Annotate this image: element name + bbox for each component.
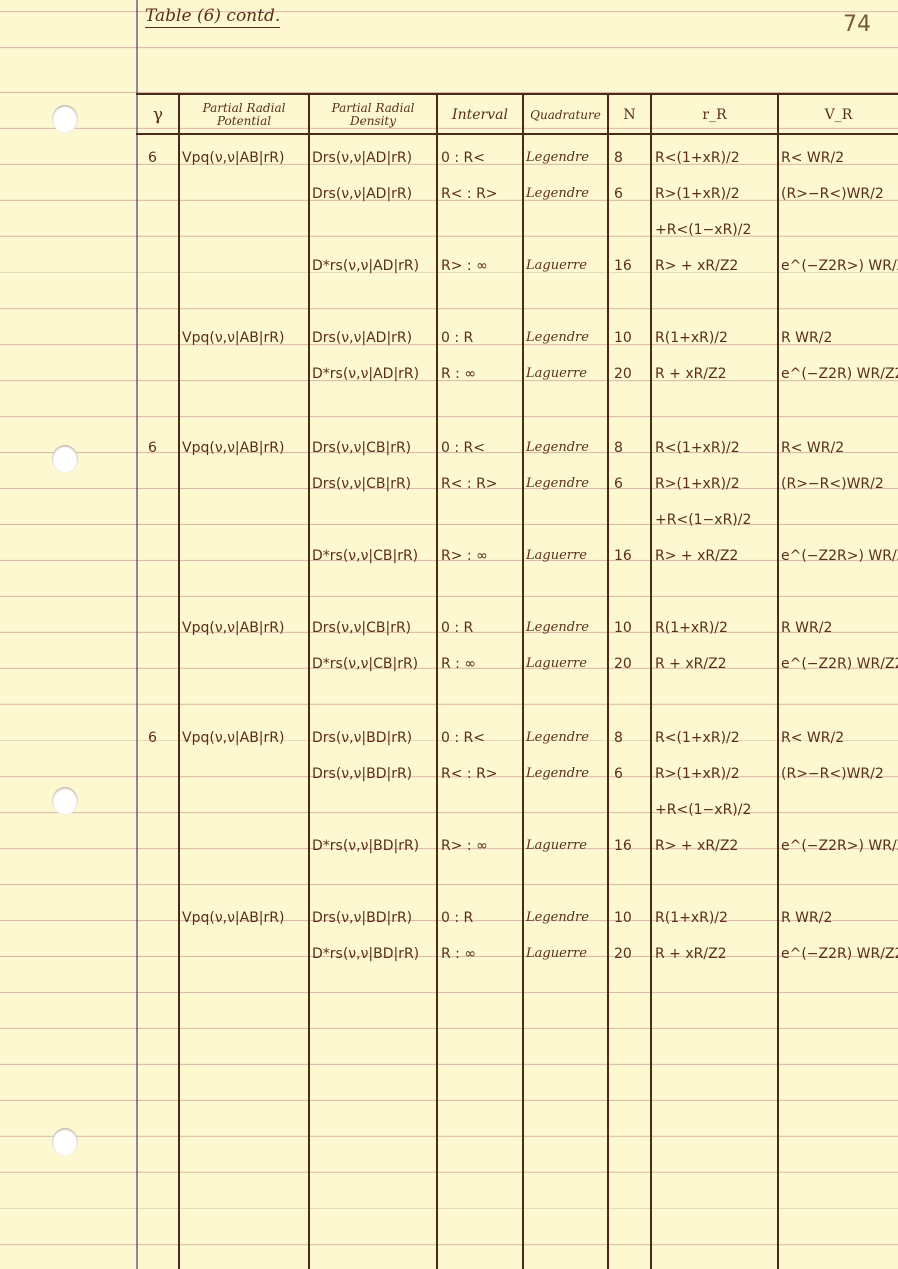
partial-radial-density: Drs(ν,ν|BD|rR) — [312, 766, 412, 782]
interval: R> : ∞ — [441, 548, 488, 564]
v-r-expression: (R>−R<)WR/2 — [781, 476, 884, 492]
r-r-expression: R>(1+xR)/2 — [655, 476, 740, 492]
quadrature: Legendre — [526, 330, 589, 345]
v-r-expression: R< WR/2 — [781, 440, 844, 456]
punch-hole — [52, 105, 78, 133]
v-r-expression: e^(−Z2R) WR/Z2 — [781, 366, 898, 382]
n-points: 20 — [614, 366, 632, 382]
quadrature: Laguerre — [526, 656, 587, 671]
header-partial-radial-density: Partial Radial Density — [310, 96, 436, 134]
r-r-expression: R> + xR/Z2 — [655, 258, 738, 274]
quadrature: Legendre — [526, 766, 589, 781]
r-r-expression: R(1+xR)/2 — [655, 910, 728, 926]
header-partial-radial-potential: Partial Radial Potential — [180, 96, 308, 134]
quadrature: Legendre — [526, 186, 589, 201]
interval: R< : R> — [441, 186, 498, 202]
r-r-expression-continued: +R<(1−xR)/2 — [655, 802, 751, 818]
quadrature: Laguerre — [526, 838, 587, 853]
quadrature: Legendre — [526, 910, 589, 925]
header-quadrature: Quadrature — [524, 96, 607, 134]
quadrature: Laguerre — [526, 946, 587, 961]
partial-radial-density: Drs(ν,ν|BD|rR) — [312, 730, 412, 746]
r-r-expression: R(1+xR)/2 — [655, 620, 728, 636]
r-r-expression-continued: +R<(1−xR)/2 — [655, 222, 751, 238]
interval: 0 : R — [441, 330, 473, 346]
partial-radial-potential: Vpq(ν,ν|AB|rR) — [182, 730, 284, 746]
partial-radial-density: D*rs(ν,ν|CB|rR) — [312, 548, 418, 564]
header-gamma: γ — [138, 96, 178, 134]
r-r-expression: R>(1+xR)/2 — [655, 766, 740, 782]
interval: R> : ∞ — [441, 258, 488, 274]
page-title: Table (6) contd. — [145, 6, 280, 28]
n-points: 10 — [614, 910, 632, 926]
interval: R : ∞ — [441, 366, 476, 382]
quadrature: Legendre — [526, 620, 589, 635]
punch-hole — [52, 1128, 78, 1156]
n-points: 8 — [614, 730, 623, 746]
partial-radial-density: D*rs(ν,ν|CB|rR) — [312, 656, 418, 672]
table-top-border — [136, 93, 898, 95]
header-v-r: V_R — [779, 96, 898, 134]
r-r-expression: R<(1+xR)/2 — [655, 440, 740, 456]
quadrature: Laguerre — [526, 548, 587, 563]
interval: 0 : R< — [441, 150, 485, 166]
v-r-expression: e^(−Z2R) WR/Z2 — [781, 656, 898, 672]
r-r-expression-continued: +R<(1−xR)/2 — [655, 512, 751, 528]
gamma-value: 6 — [148, 440, 157, 456]
n-points: 6 — [614, 476, 623, 492]
column-divider — [650, 93, 652, 1269]
interval: R< : R> — [441, 766, 498, 782]
partial-radial-potential: Vpq(ν,ν|AB|rR) — [182, 910, 284, 926]
v-r-expression: e^(−Z2R) WR/Z2 — [781, 946, 898, 962]
n-points: 6 — [614, 186, 623, 202]
n-points: 6 — [614, 766, 623, 782]
quadrature: Laguerre — [526, 258, 587, 273]
partial-radial-density: Drs(ν,ν|CB|rR) — [312, 440, 411, 456]
v-r-expression: (R>−R<)WR/2 — [781, 186, 884, 202]
partial-radial-density: D*rs(ν,ν|BD|rR) — [312, 838, 419, 854]
header-interval: Interval — [438, 96, 522, 134]
partial-radial-density: Drs(ν,ν|BD|rR) — [312, 910, 412, 926]
n-points: 10 — [614, 330, 632, 346]
quadrature: Legendre — [526, 476, 589, 491]
n-points: 8 — [614, 440, 623, 456]
partial-radial-density: Drs(ν,ν|AD|rR) — [312, 330, 412, 346]
partial-radial-density: Drs(ν,ν|CB|rR) — [312, 476, 411, 492]
interval: 0 : R — [441, 910, 473, 926]
partial-radial-potential: Vpq(ν,ν|AB|rR) — [182, 620, 284, 636]
header-n: N — [609, 96, 650, 134]
interval: 0 : R< — [441, 440, 485, 456]
interval: 0 : R — [441, 620, 473, 636]
n-points: 8 — [614, 150, 623, 166]
gamma-value: 6 — [148, 730, 157, 746]
page-number: 74 — [843, 12, 871, 37]
n-points: 20 — [614, 946, 632, 962]
interval: R< : R> — [441, 476, 498, 492]
n-points: 16 — [614, 838, 632, 854]
punch-hole — [52, 787, 78, 815]
interval: R : ∞ — [441, 656, 476, 672]
interval: 0 : R< — [441, 730, 485, 746]
n-points: 16 — [614, 258, 632, 274]
quadrature: Legendre — [526, 150, 589, 165]
partial-radial-density: D*rs(ν,ν|AD|rR) — [312, 258, 419, 274]
v-r-expression: e^(−Z2R>) WR/Z2 — [781, 548, 898, 564]
header-r-r: r_R — [652, 96, 777, 134]
v-r-expression: e^(−Z2R>) WR/Z2 — [781, 258, 898, 274]
partial-radial-density: Drs(ν,ν|AD|rR) — [312, 186, 412, 202]
v-r-expression: R WR/2 — [781, 330, 832, 346]
v-r-expression: R WR/2 — [781, 910, 832, 926]
partial-radial-density: Drs(ν,ν|AD|rR) — [312, 150, 412, 166]
r-r-expression: R> + xR/Z2 — [655, 548, 738, 564]
interval: R : ∞ — [441, 946, 476, 962]
r-r-expression: R(1+xR)/2 — [655, 330, 728, 346]
partial-radial-density: Drs(ν,ν|CB|rR) — [312, 620, 411, 636]
v-r-expression: e^(−Z2R>) WR/Z2 — [781, 838, 898, 854]
n-points: 20 — [614, 656, 632, 672]
v-r-expression: R WR/2 — [781, 620, 832, 636]
v-r-expression: (R>−R<)WR/2 — [781, 766, 884, 782]
r-r-expression: R>(1+xR)/2 — [655, 186, 740, 202]
r-r-expression: R> + xR/Z2 — [655, 838, 738, 854]
n-points: 10 — [614, 620, 632, 636]
partial-radial-density: D*rs(ν,ν|BD|rR) — [312, 946, 419, 962]
v-r-expression: R< WR/2 — [781, 730, 844, 746]
margin-line — [136, 0, 138, 1269]
partial-radial-potential: Vpq(ν,ν|AB|rR) — [182, 150, 284, 166]
column-divider — [178, 93, 180, 1269]
column-divider — [522, 93, 524, 1269]
gamma-value: 6 — [148, 150, 157, 166]
partial-radial-potential: Vpq(ν,ν|AB|rR) — [182, 440, 284, 456]
interval: R> : ∞ — [441, 838, 488, 854]
r-r-expression: R<(1+xR)/2 — [655, 150, 740, 166]
quadrature: Legendre — [526, 440, 589, 455]
n-points: 16 — [614, 548, 632, 564]
column-divider — [436, 93, 438, 1269]
punch-hole — [52, 445, 78, 473]
partial-radial-density: D*rs(ν,ν|AD|rR) — [312, 366, 419, 382]
partial-radial-potential: Vpq(ν,ν|AB|rR) — [182, 330, 284, 346]
column-divider — [607, 93, 609, 1269]
quadrature: Laguerre — [526, 366, 587, 381]
quadrature: Legendre — [526, 730, 589, 745]
column-divider — [777, 93, 779, 1269]
column-divider — [308, 93, 310, 1269]
r-r-expression: R + xR/Z2 — [655, 366, 727, 382]
r-r-expression: R + xR/Z2 — [655, 656, 727, 672]
r-r-expression: R<(1+xR)/2 — [655, 730, 740, 746]
r-r-expression: R + xR/Z2 — [655, 946, 727, 962]
v-r-expression: R< WR/2 — [781, 150, 844, 166]
